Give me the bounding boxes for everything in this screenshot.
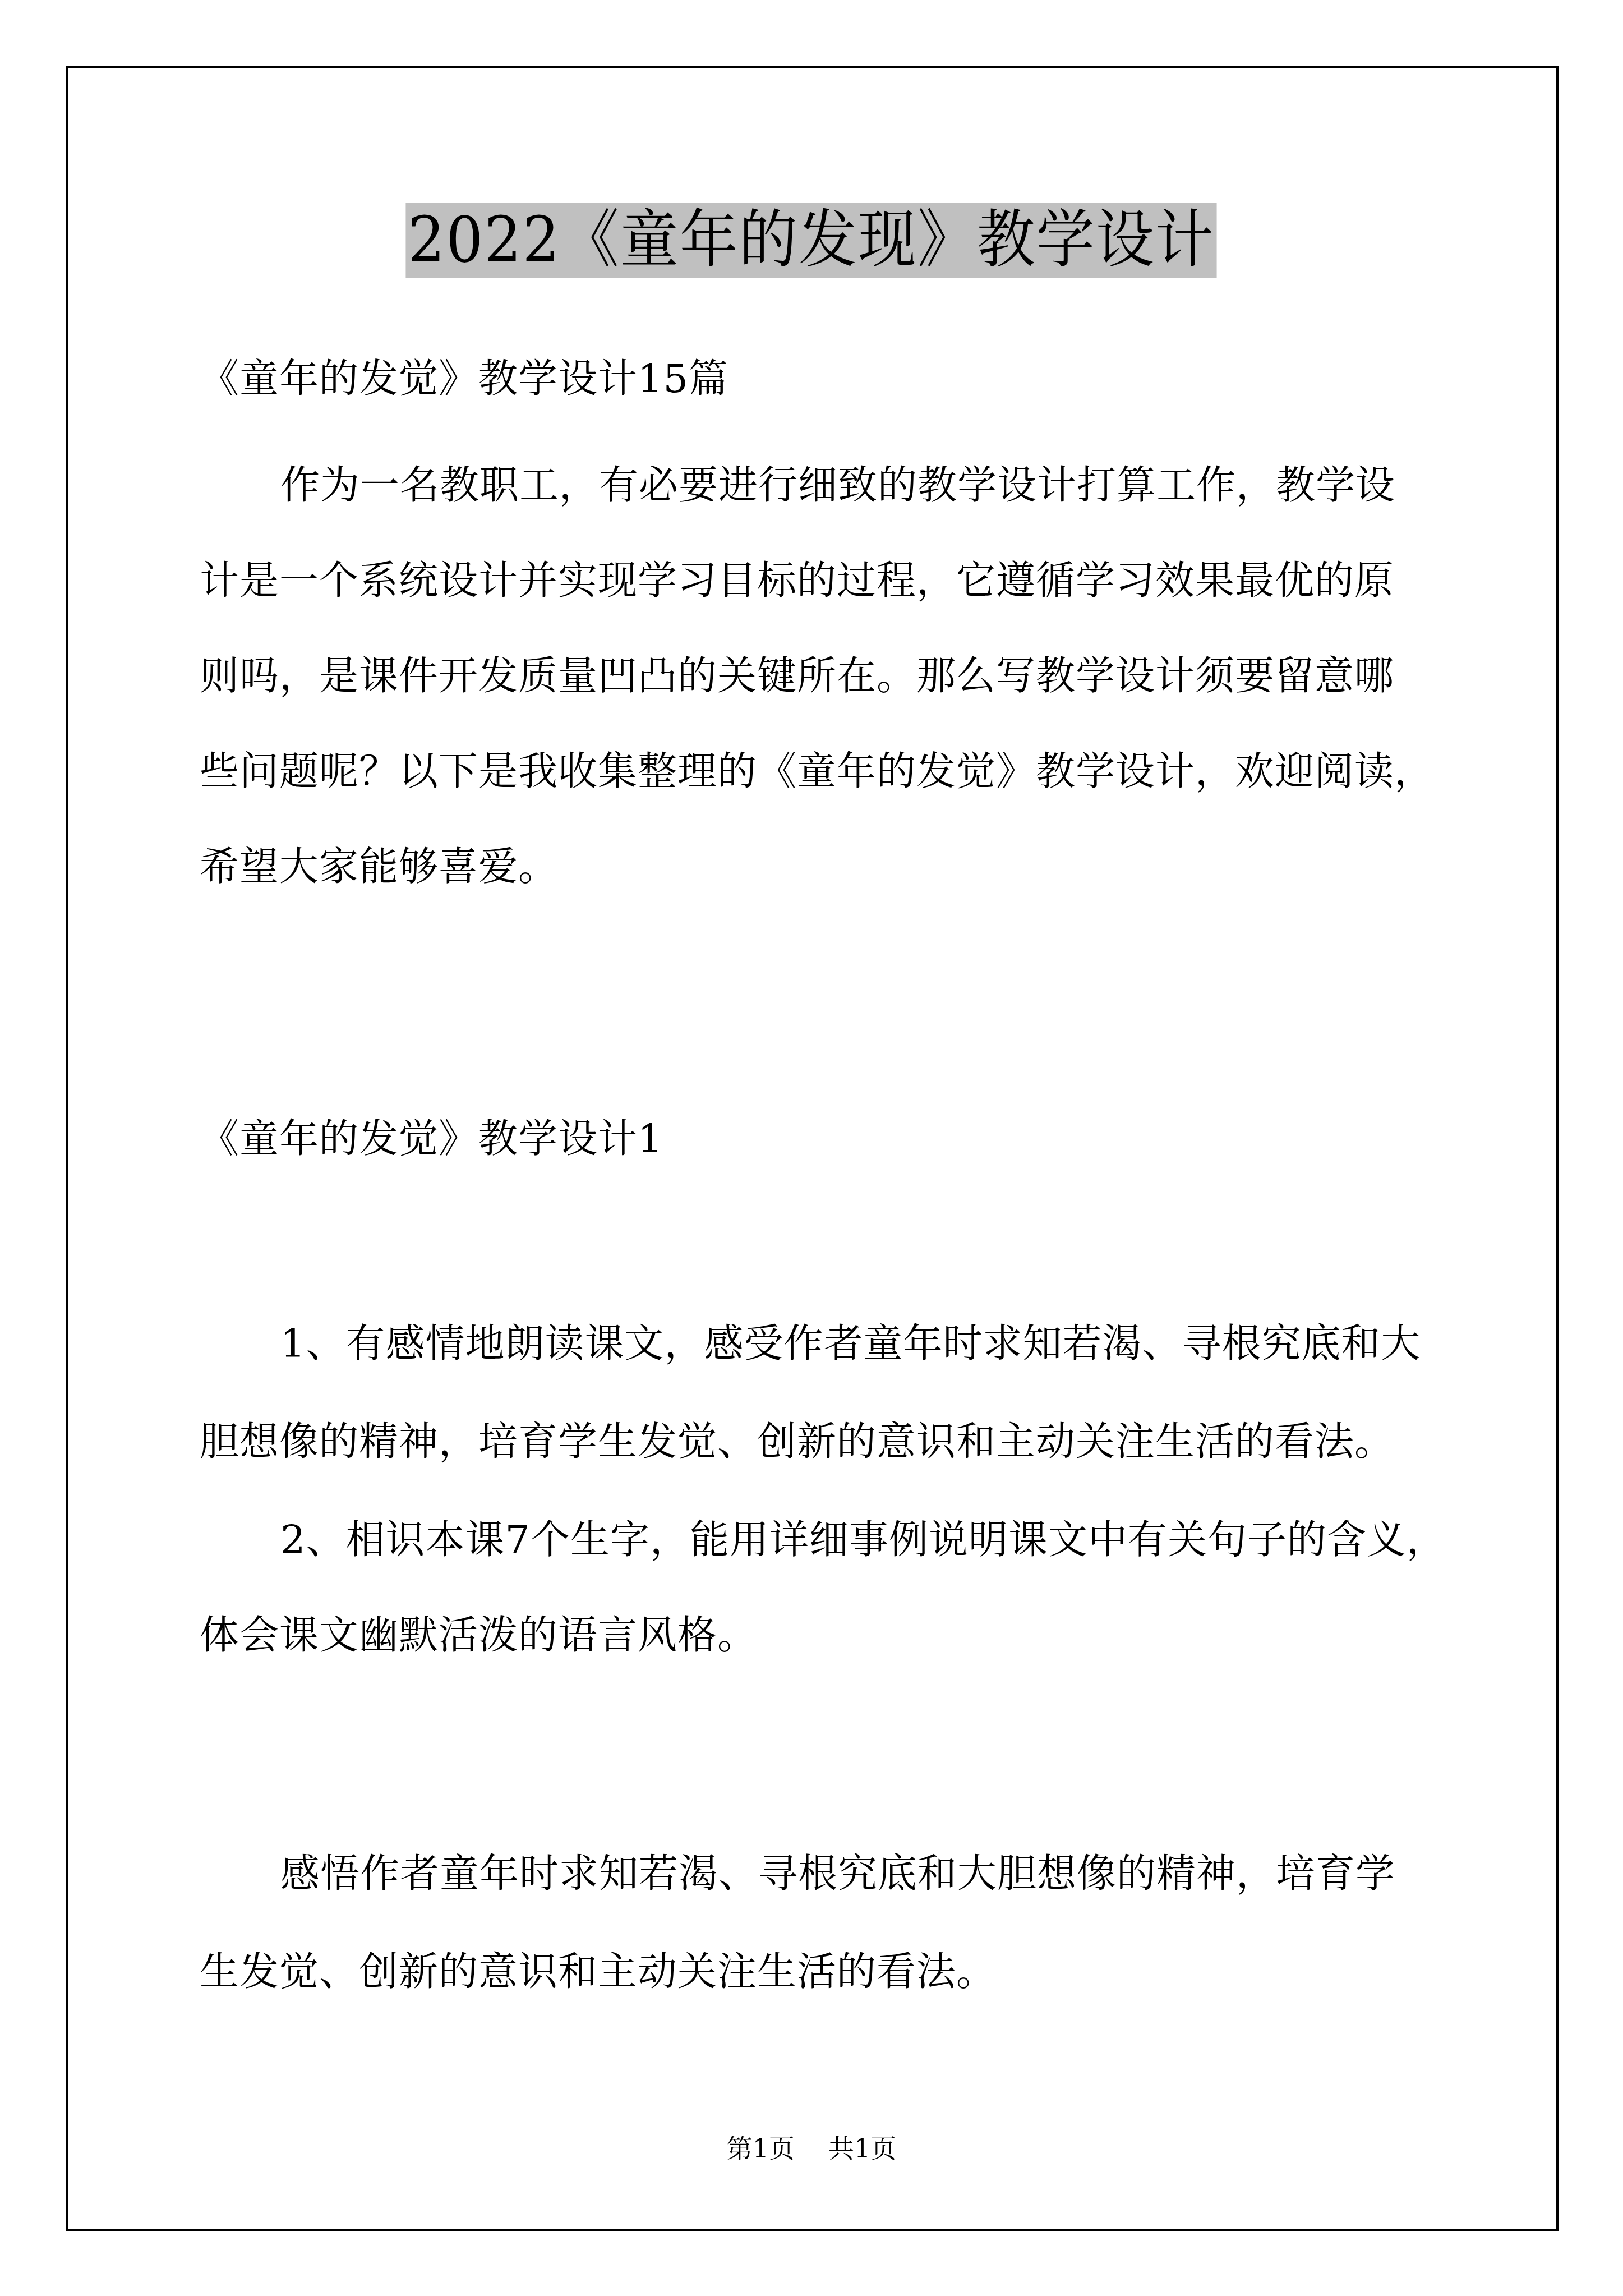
document-title: 2022《童年的发现》教学设计 xyxy=(406,203,1217,278)
title-container: 2022《童年的发现》教学设计 xyxy=(0,203,1623,278)
paragraph-line: 计是一个系统设计并实现学习目标的过程，它遵循学习效果最优的原 xyxy=(200,555,1394,606)
paragraph-line: 生发觉、创新的意识和主动关注生活的看法。 xyxy=(200,1947,996,1997)
page-current: 第1页 xyxy=(727,2133,795,2164)
paragraph-line: 体会课文幽默活泼的语言风格。 xyxy=(200,1610,757,1660)
document-subtitle: 《童年的发觉》教学设计15篇 xyxy=(200,353,728,404)
page-footer: 第1页共1页 xyxy=(0,2132,1623,2165)
paragraph-line: 些问题呢？以下是我收集整理的《童年的发觉》教学设计，欢迎阅读， xyxy=(200,746,1434,797)
paragraph-line: 则吗，是课件开发质量凹凸的关键所在。那么写教学设计须要留意哪 xyxy=(200,651,1394,701)
paragraph-line: 1、有感情地朗读课文，感受作者童年时求知若渴、寻根究底和大 xyxy=(280,1318,1421,1369)
paragraph-line: 希望大家能够喜爱。 xyxy=(200,841,558,892)
page-total: 共1页 xyxy=(828,2133,896,2164)
paragraph-line: 胆想像的精神，培育学生发觉、创新的意识和主动关注生活的看法。 xyxy=(200,1416,1394,1467)
section-heading: 《童年的发觉》教学设计1 xyxy=(200,1114,663,1164)
paragraph-line: 作为一名教职工，有必要进行细致的教学设计打算工作，教学设 xyxy=(280,460,1395,510)
paragraph-line: 感悟作者童年时求知若渴、寻根究底和大胆想像的精神，培育学 xyxy=(280,1848,1395,1899)
paragraph-line: 2、相识本课7个生字，能用详细事例说明课文中有关句子的含义， xyxy=(280,1515,1446,1565)
